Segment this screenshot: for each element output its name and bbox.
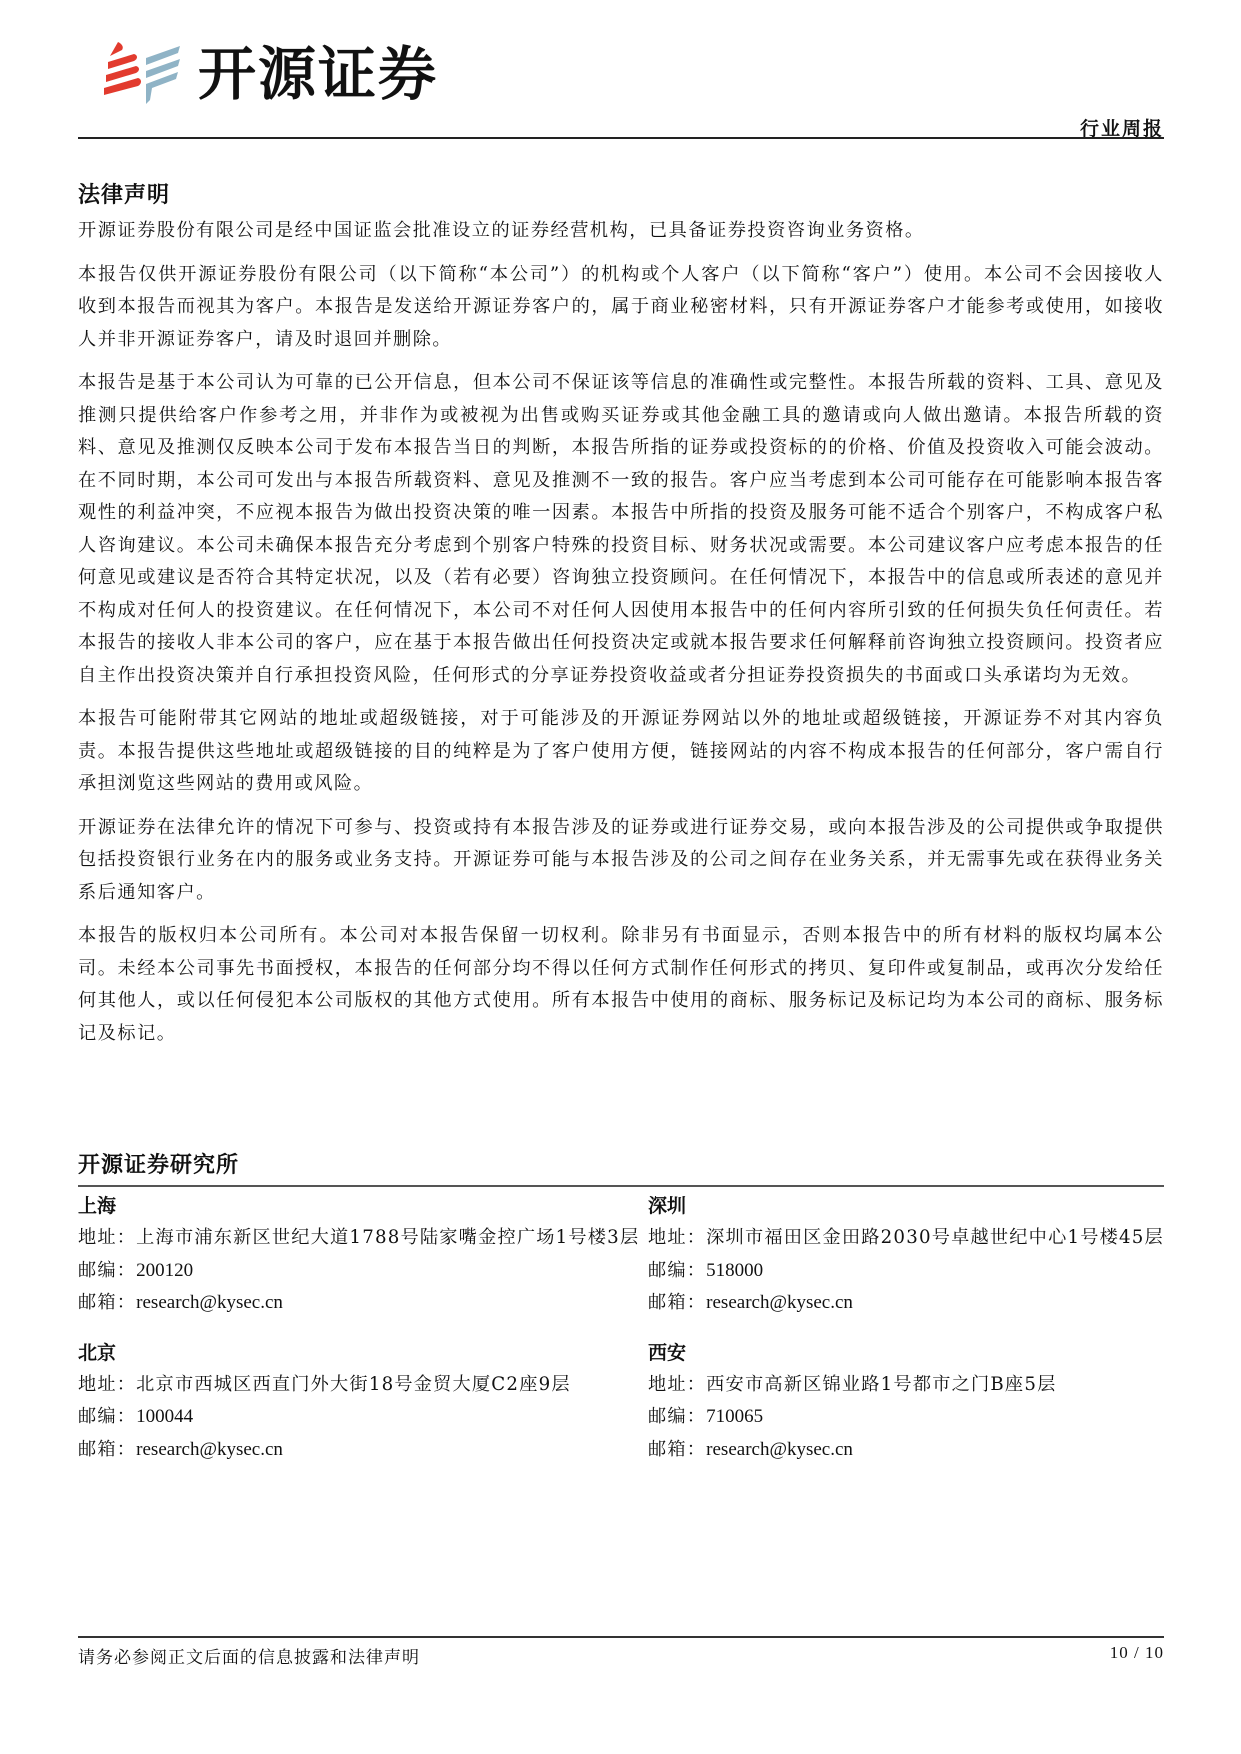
research-institute-section: 开源证券研究所 上海 地址：上海市浦东新区世纪大道1788号陆家嘴金控广场1号楼… xyxy=(78,1148,1164,1466)
page-header: 开源证券 行业周报 xyxy=(78,30,1164,140)
office-city: 深圳 xyxy=(648,1191,1164,1222)
footer-divider xyxy=(78,1636,1164,1638)
office-zip: 邮编：200120 xyxy=(78,1255,648,1288)
page-footer: 请务必参阅正文后面的信息披露和法律声明 10 / 10 xyxy=(78,1636,1164,1668)
footer-disclaimer: 请务必参阅正文后面的信息披露和法律声明 xyxy=(78,1643,420,1668)
office-shanghai: 上海 地址：上海市浦东新区世纪大道1788号陆家嘴金控广场1号楼3层 邮编：20… xyxy=(78,1191,648,1320)
office-zip: 邮编：100044 xyxy=(78,1401,648,1434)
header-divider xyxy=(78,137,1164,139)
office-city: 西安 xyxy=(648,1338,1164,1369)
page-number: 10 / 10 xyxy=(1110,1643,1164,1668)
institute-title: 开源证券研究所 xyxy=(78,1148,1164,1187)
office-email: 邮箱：research@kysec.cn xyxy=(648,1434,1164,1467)
company-logo: 开源证券 xyxy=(100,38,438,110)
legal-paragraph: 本报告是基于本公司认为可靠的已公开信息，但本公司不保证该等信息的准确性或完整性。… xyxy=(78,367,1164,692)
office-email: 邮箱：research@kysec.cn xyxy=(78,1287,648,1320)
office-zip: 邮编：518000 xyxy=(648,1255,1164,1288)
legal-paragraph: 开源证券股份有限公司是经中国证监会批准设立的证券经营机构，已具备证券投资咨询业务… xyxy=(78,215,1164,248)
office-email: 邮箱：research@kysec.cn xyxy=(648,1287,1164,1320)
email-link[interactable]: research@kysec.cn xyxy=(136,1439,283,1460)
legal-paragraph: 本报告仅供开源证券股份有限公司（以下简称“本公司”）的机构或个人客户（以下简称“… xyxy=(78,259,1164,357)
logo-text: 开源证券 xyxy=(198,45,438,103)
office-list: 上海 地址：上海市浦东新区世纪大道1788号陆家嘴金控广场1号楼3层 邮编：20… xyxy=(78,1191,1164,1466)
email-link[interactable]: research@kysec.cn xyxy=(706,1292,853,1313)
email-link[interactable]: research@kysec.cn xyxy=(706,1439,853,1460)
office-zip: 邮编：710065 xyxy=(648,1401,1164,1434)
office-beijing: 北京 地址：北京市西城区西直门外大街18号金贸大厦C2座9层 邮编：100044… xyxy=(78,1338,648,1467)
legal-paragraph: 本报告可能附带其它网站的地址或超级链接，对于可能涉及的开源证券网站以外的地址或超… xyxy=(78,703,1164,801)
legal-paragraph: 开源证券在法律允许的情况下可参与、投资或持有本报告涉及的证券或进行证券交易，或向… xyxy=(78,812,1164,910)
document-page: 开源证券 行业周报 法律声明 开源证券股份有限公司是经中国证监会批准设立的证券经… xyxy=(0,0,1241,1754)
email-link[interactable]: research@kysec.cn xyxy=(136,1292,283,1313)
office-address: 地址：上海市浦东新区世纪大道1788号陆家嘴金控广场1号楼3层 xyxy=(78,1222,648,1255)
office-city: 上海 xyxy=(78,1191,648,1222)
kaiyuan-logo-icon xyxy=(100,38,186,110)
office-xian: 西安 地址：西安市高新区锦业路1号都市之门B座5层 邮编：710065 邮箱：r… xyxy=(648,1338,1164,1467)
office-address: 地址：西安市高新区锦业路1号都市之门B座5层 xyxy=(648,1369,1164,1402)
legal-paragraph: 本报告的版权归本公司所有。本公司对本报告保留一切权利。除非另有书面显示，否则本报… xyxy=(78,920,1164,1050)
office-address: 地址：北京市西城区西直门外大街18号金贸大厦C2座9层 xyxy=(78,1369,648,1402)
office-address: 地址：深圳市福田区金田路2030号卓越世纪中心1号楼45层 xyxy=(648,1222,1164,1255)
office-shenzhen: 深圳 地址：深圳市福田区金田路2030号卓越世纪中心1号楼45层 邮编：5180… xyxy=(648,1191,1164,1320)
section-title: 法律声明 xyxy=(78,178,1164,209)
legal-statement-section: 法律声明 开源证券股份有限公司是经中国证监会批准设立的证券经营机构，已具备证券投… xyxy=(78,178,1164,1061)
office-email: 邮箱：research@kysec.cn xyxy=(78,1434,648,1467)
office-city: 北京 xyxy=(78,1338,648,1369)
